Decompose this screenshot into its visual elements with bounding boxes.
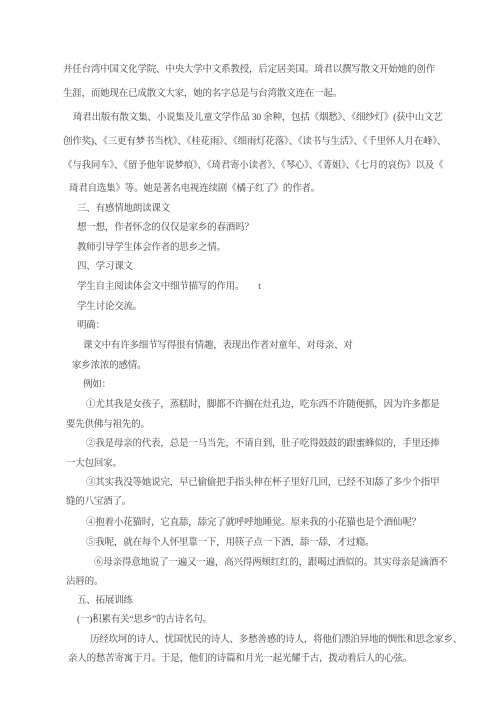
text-line: (一)积累有关“思乡”的古诗名句。 (77, 614, 212, 626)
text-line: 要先供佛与祖先的。 (66, 419, 150, 431)
text-line: 三、有感情地朗读课文 (77, 203, 170, 215)
text-line: 课文中有许多细节写得很有情趣，表现出作者对童年、对母亲、对 (83, 340, 353, 352)
text-line: 一大包回家。 (66, 458, 122, 470)
text-line: 沾唇的。 (66, 576, 103, 588)
document-page: 并任台湾中国文化学院、中央大学中文系教授，后定居美国。琦君以撰写散文开始她的创作… (0, 0, 500, 707)
text-line: 生涯，而她现在已成散文大家，她的名字总是与台湾散文连在一起。 (63, 88, 342, 100)
text-line: ⑥母亲得意地说了一遍又一遍，高兴得两颊红红的，跟喝过酒似的。其实母亲是滴酒不 (94, 557, 447, 569)
text-line: 五、拓展训练 (77, 595, 133, 607)
text-line: 学生讨论交流。 (77, 301, 142, 313)
text-line: 并任台湾中国文化学院、中央大学中文系教授，后定居美国。琦君以撰写散文开始她的创作 (63, 64, 435, 76)
text-line: 四、学习课文 (77, 261, 133, 273)
text-line: 缝的八宝酒了。 (66, 496, 131, 508)
text-line: 亲人的愁苦寄寓于月。于是，他们的诗篇和月光一起光耀千古，拨动着后人的心弦。 (68, 653, 412, 665)
text-line: ①尤其我是女孩子，蒸糕时，脚都不许搁在灶孔边，吃东西不许随便抓，因为许多都是 (86, 399, 439, 411)
text-line: ④抱着小花猫时，它直舔，舔完了就呼呼地睡觉。原来我的小花猫也是个酒仙呢？ (86, 517, 421, 529)
text-line: 例如： (83, 379, 111, 391)
text-line: 创作奖)、《三更有梦书当枕》、《桂花雨》、《细雨灯花落》、《读书与生活》、《千里… (63, 136, 446, 148)
text-line: 学生自主阅读体会文中细节描写的作用。 t (77, 281, 261, 293)
text-line: 《与我同车》、《留予他年说梦痕》、《琦君寄小读者》、《琴心》、《菁姐》、《七月的… (63, 160, 443, 172)
text-line: 教师引导学生体会作者的思乡之情。 (77, 242, 226, 254)
text-line: 想一想，作者怀念的仅仅是家乡的春酒吗？ (77, 222, 254, 234)
text-line: 琦君自选集》等。她是著名电视连续剧《橘子红了》的作者。 (69, 183, 320, 195)
text-line: ③其实我没等她说完，早已偷偷把手指头伸在杯子里好几回，已经不知舔了多少个指甲 (86, 477, 439, 489)
text-line: 历经坎坷的诗人、忧国忧民的诗人、多愁善感的诗人，将他们漂泊异地的惆怅和思念家乡、 (90, 634, 462, 646)
text-line: ②我是母亲的代表，总是一马当先，不请自到，肚子吃得鼓鼓的跟蜜蜂似的，手里还捧 (86, 438, 439, 450)
text-line: 琦君出版有散文集、小说集及儿童文学作品 30 余种，包括《烟愁》、《细纱灯》(获… (73, 112, 443, 124)
text-line: 家乡浓浓的感情。 (72, 360, 146, 372)
text-line: ⑤我呢，就在每个人怀里靠一下，用筷子点一下酒，舔一舔，才过瘾。 (86, 537, 374, 549)
text-line: 明确： (77, 320, 105, 332)
